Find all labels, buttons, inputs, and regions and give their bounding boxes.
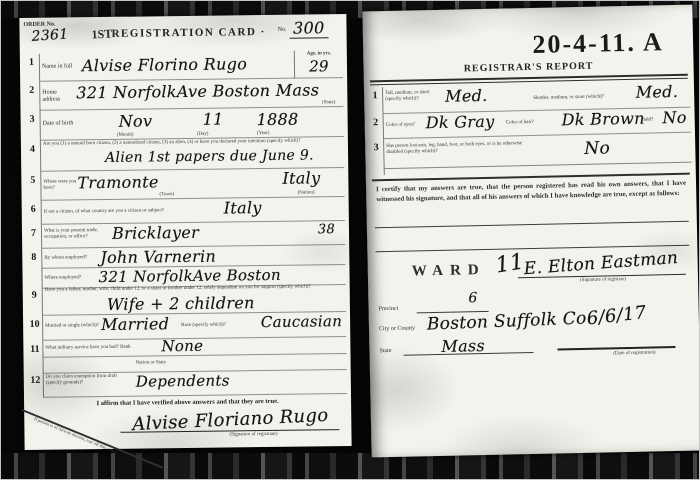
row-number: 2 bbox=[24, 82, 40, 111]
row-employer: 8 By whom employed? John Varnerin Where … bbox=[26, 245, 345, 287]
row-name: 1 Name in full Alvise Florino Rugo Age, … bbox=[24, 50, 343, 82]
age-value: 29 bbox=[295, 57, 343, 76]
dob-label: Date of birth bbox=[43, 120, 83, 128]
row-number: 11 bbox=[27, 341, 43, 372]
registration-card: ORDER No. 2361 1ST REGISTRATION CARD · N… bbox=[19, 14, 351, 450]
form-code: 20-4-11. A bbox=[362, 5, 693, 64]
name-label: Name in full bbox=[42, 63, 78, 71]
citizenship-value: Alien 1st papers due June 9. bbox=[105, 147, 314, 166]
disability-label: Has person lost arm, leg, hand, foot, or… bbox=[386, 141, 536, 156]
height-value: Med. bbox=[445, 86, 488, 106]
serial-number-value: 300 bbox=[289, 18, 329, 38]
marital-label: Married or single (which)? bbox=[45, 323, 101, 329]
citizenship-label: Are you (1) a natural born citizen, (2) … bbox=[43, 138, 342, 147]
row-home-address: 2 Home address 321 NorfolkAve Boston Mas… bbox=[24, 78, 343, 111]
serial-number-label: No. bbox=[278, 27, 287, 34]
dob-month: Nov bbox=[119, 111, 153, 130]
row-number: 6 bbox=[26, 201, 42, 225]
row-number: 1 bbox=[24, 54, 40, 82]
employer-label: By whom employed? bbox=[44, 255, 87, 261]
precinct-label: Precinct bbox=[379, 306, 399, 314]
row-disability: 3 Has person lost arm, leg, hand, foot, … bbox=[369, 133, 692, 176]
trade-label: What is your present trade, occupation, … bbox=[44, 228, 106, 240]
row-number: 5 bbox=[25, 172, 41, 201]
ward-stamp: WARD bbox=[412, 262, 486, 281]
citizen-of-value: Italy bbox=[224, 198, 262, 217]
build-label: Slender, medium, or stout (which)? bbox=[533, 94, 631, 102]
employment-place-label: Where employed? bbox=[45, 275, 82, 281]
dob-day-sub: (Day) bbox=[197, 132, 209, 138]
row-number: 4 bbox=[25, 141, 41, 172]
dob-year-sub: (Year) bbox=[257, 131, 270, 137]
birthplace-town-sub: (Town) bbox=[160, 192, 175, 198]
order-number-value: 2361 bbox=[31, 26, 69, 44]
row-number: 9 bbox=[27, 287, 43, 316]
row-date-of-birth: 3 Date of birth Nov 11 1888 (Month) (Day… bbox=[25, 107, 344, 141]
citizen-of-label: If not a citizen, of what country are yo… bbox=[44, 208, 214, 216]
age-box: Age, in yrs. 29 bbox=[294, 50, 343, 79]
birthplace-town: Tramonte bbox=[77, 172, 159, 192]
row-dependents: 9 Have you a father, mother, wife, child… bbox=[27, 283, 346, 316]
hair-value: Dk Brown bbox=[561, 109, 644, 130]
registration-card-header: ORDER No. 2361 1ST REGISTRATION CARD · N… bbox=[23, 18, 342, 54]
row-number: 12 bbox=[28, 372, 44, 398]
row-number: 10 bbox=[27, 316, 43, 341]
hair-label: Color of hair? bbox=[506, 120, 534, 126]
row-birthplace: 5 Where were you born? Tramonte Italy (T… bbox=[25, 168, 344, 201]
build-value: Med. bbox=[636, 82, 679, 102]
military-value: None bbox=[161, 337, 203, 356]
row-number: 3 bbox=[369, 139, 385, 175]
dependents-label: Have you a father, mother, wife, child u… bbox=[45, 284, 344, 293]
state-label: State bbox=[379, 348, 391, 355]
row-number: 2 bbox=[369, 114, 385, 139]
precinct-value: 6 bbox=[468, 290, 478, 306]
dob-day: 11 bbox=[203, 110, 224, 129]
military-label: What military service have you had? Rank bbox=[45, 344, 165, 351]
exemption-label: Do you claim exemption from draft (speci… bbox=[46, 374, 132, 387]
row-citizenship: 4 Are you (1) a natural born citizen, (2… bbox=[25, 137, 344, 172]
height-label: Tall, medium, or short (specify which)? bbox=[385, 90, 443, 103]
birthplace-label: Where were you born? bbox=[43, 179, 81, 191]
row-number: 1 bbox=[368, 87, 384, 114]
dob-year: 1888 bbox=[257, 110, 299, 130]
location-block: 6 Precinct City or County Boston Suffolk… bbox=[368, 290, 700, 377]
row-military-service: 11 What military service have you had? R… bbox=[27, 337, 346, 372]
state-value: Mass bbox=[441, 336, 485, 356]
scanned-document: ORDER No. 2361 1ST REGISTRATION CARD · N… bbox=[0, 0, 700, 480]
row-exemption: 12 Do you claim exemption from draft (sp… bbox=[28, 368, 347, 398]
name-value: Alvise Florino Rugo bbox=[82, 54, 247, 75]
eyes-value: Dk Gray bbox=[426, 112, 495, 132]
form-prefix-stamp: 1ST bbox=[91, 27, 112, 43]
trade-value: Bricklayer bbox=[112, 223, 199, 243]
disability-value: No bbox=[584, 138, 610, 159]
address-label: Home address bbox=[42, 89, 76, 104]
trade-note: 38 bbox=[318, 222, 335, 237]
registration-date: 6/6/17 bbox=[586, 302, 648, 329]
military-nation-label: Nation or State bbox=[136, 360, 166, 366]
exemption-value: Dependents bbox=[136, 371, 230, 390]
dob-month-sub: (Month) bbox=[117, 133, 134, 139]
signature-caption: (Signature of registrant) bbox=[229, 432, 277, 438]
address-sub-label: (State) bbox=[322, 100, 335, 106]
race-label: Race (specify which)? bbox=[181, 323, 226, 329]
row-number: 7 bbox=[26, 225, 42, 249]
dependents-value: Wife + 2 children bbox=[107, 293, 255, 314]
registrar-signature-caption: (Signature of registrar) bbox=[580, 277, 626, 284]
row-number: 8 bbox=[26, 249, 42, 287]
registrar-signature-block: WARD 11 E. Elton Eastman (Signature of r… bbox=[367, 246, 698, 297]
film-streaks-bottom bbox=[1, 453, 699, 479]
date-caption: (Date of registration) bbox=[613, 350, 655, 357]
bald-value: No bbox=[662, 108, 687, 128]
date-line bbox=[557, 346, 675, 350]
marital-value: Married bbox=[101, 314, 169, 334]
address-value: 321 NorfolkAve Boston Mass bbox=[76, 80, 319, 102]
ward-value: 11 bbox=[494, 249, 526, 278]
card-title: REGISTRATION CARD · bbox=[112, 26, 266, 40]
row-number: 3 bbox=[25, 111, 41, 141]
bald-label: Bald? bbox=[642, 117, 654, 123]
birthplace-nation-sub: (Nation) bbox=[298, 191, 315, 197]
race-value: Caucasian bbox=[261, 312, 342, 331]
eyes-label: Color of eyes? bbox=[386, 122, 415, 128]
registrar-report-card: 20-4-11. A REGISTRAR'S REPORT 1 Tall, me… bbox=[362, 5, 700, 458]
birthplace-nation: Italy bbox=[282, 168, 320, 187]
disability-answer-line bbox=[385, 162, 692, 169]
city-label: City or County bbox=[379, 326, 415, 334]
employment-place-value: 321 NorfolkAve Boston bbox=[98, 266, 281, 286]
employer-value: John Varnerin bbox=[100, 247, 216, 267]
